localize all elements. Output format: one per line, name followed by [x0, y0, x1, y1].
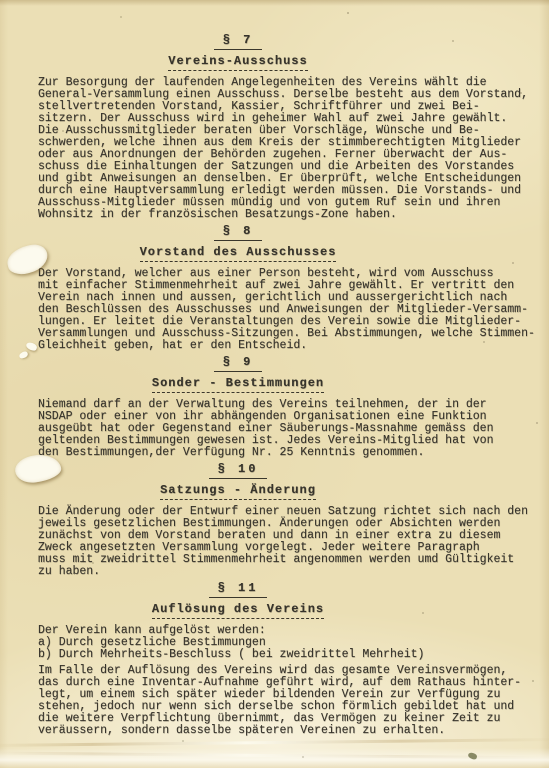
section-11: § 11 Auflösung des Vereins Der Verein ka…	[38, 582, 549, 737]
paper-speckles	[0, 0, 2, 2]
section-title: Satzungs - Änderung	[38, 484, 438, 500]
section-number-text: § 8	[214, 225, 263, 241]
section-title-text: Satzungs - Änderung	[160, 484, 316, 500]
paragraph: Der Vorstand, welcher aus einer Person b…	[38, 268, 549, 352]
section-title: Vereins-Ausschuss	[38, 55, 438, 71]
section-number-text: § 10	[209, 463, 268, 479]
section-7: § 7 Vereins-Ausschuss Zur Besorgung der …	[38, 34, 549, 221]
section-title-text: Vorstand des Ausschusses	[140, 246, 337, 262]
section-number: § 8	[38, 225, 438, 241]
section-title: Sonder - Bestimmungen	[38, 377, 438, 393]
paragraph: Die Änderung oder der Entwurf einer neue…	[38, 506, 549, 578]
document-page: § 7 Vereins-Ausschuss Zur Besorgung der …	[0, 0, 549, 768]
section-number-text: § 7	[214, 34, 263, 50]
section-number-text: § 11	[209, 582, 268, 598]
section-title-text: Sonder - Bestimmungen	[152, 377, 324, 393]
section-number: § 9	[38, 356, 438, 372]
section-title-text: Vereins-Ausschuss	[168, 55, 307, 71]
paragraph-dissolution-list: Der Verein kann aufgelöst werden: a) Dur…	[38, 625, 549, 661]
section-title-text: Auflösung des Vereins	[152, 603, 324, 619]
paragraph: Im Falle der Auflösung des Vereins wird …	[38, 665, 549, 737]
section-number: § 11	[38, 582, 438, 598]
paragraph: Zur Besorgung der laufenden Angelegenhei…	[38, 77, 549, 221]
paper-bottom-edge	[0, 748, 549, 768]
section-8: § 8 Vorstand des Ausschusses Der Vorstan…	[38, 225, 549, 352]
section-number: § 10	[38, 463, 438, 479]
section-number: § 7	[38, 34, 438, 50]
section-title: Auflösung des Vereins	[38, 603, 438, 619]
section-number-text: § 9	[214, 356, 263, 372]
section-10: § 10 Satzungs - Änderung Die Änderung od…	[38, 463, 549, 578]
paragraph: Niemand darf an der Verwaltung des Verei…	[38, 399, 549, 459]
section-title: Vorstand des Ausschusses	[38, 246, 438, 262]
section-9: § 9 Sonder - Bestimmungen Niemand darf a…	[38, 356, 549, 459]
